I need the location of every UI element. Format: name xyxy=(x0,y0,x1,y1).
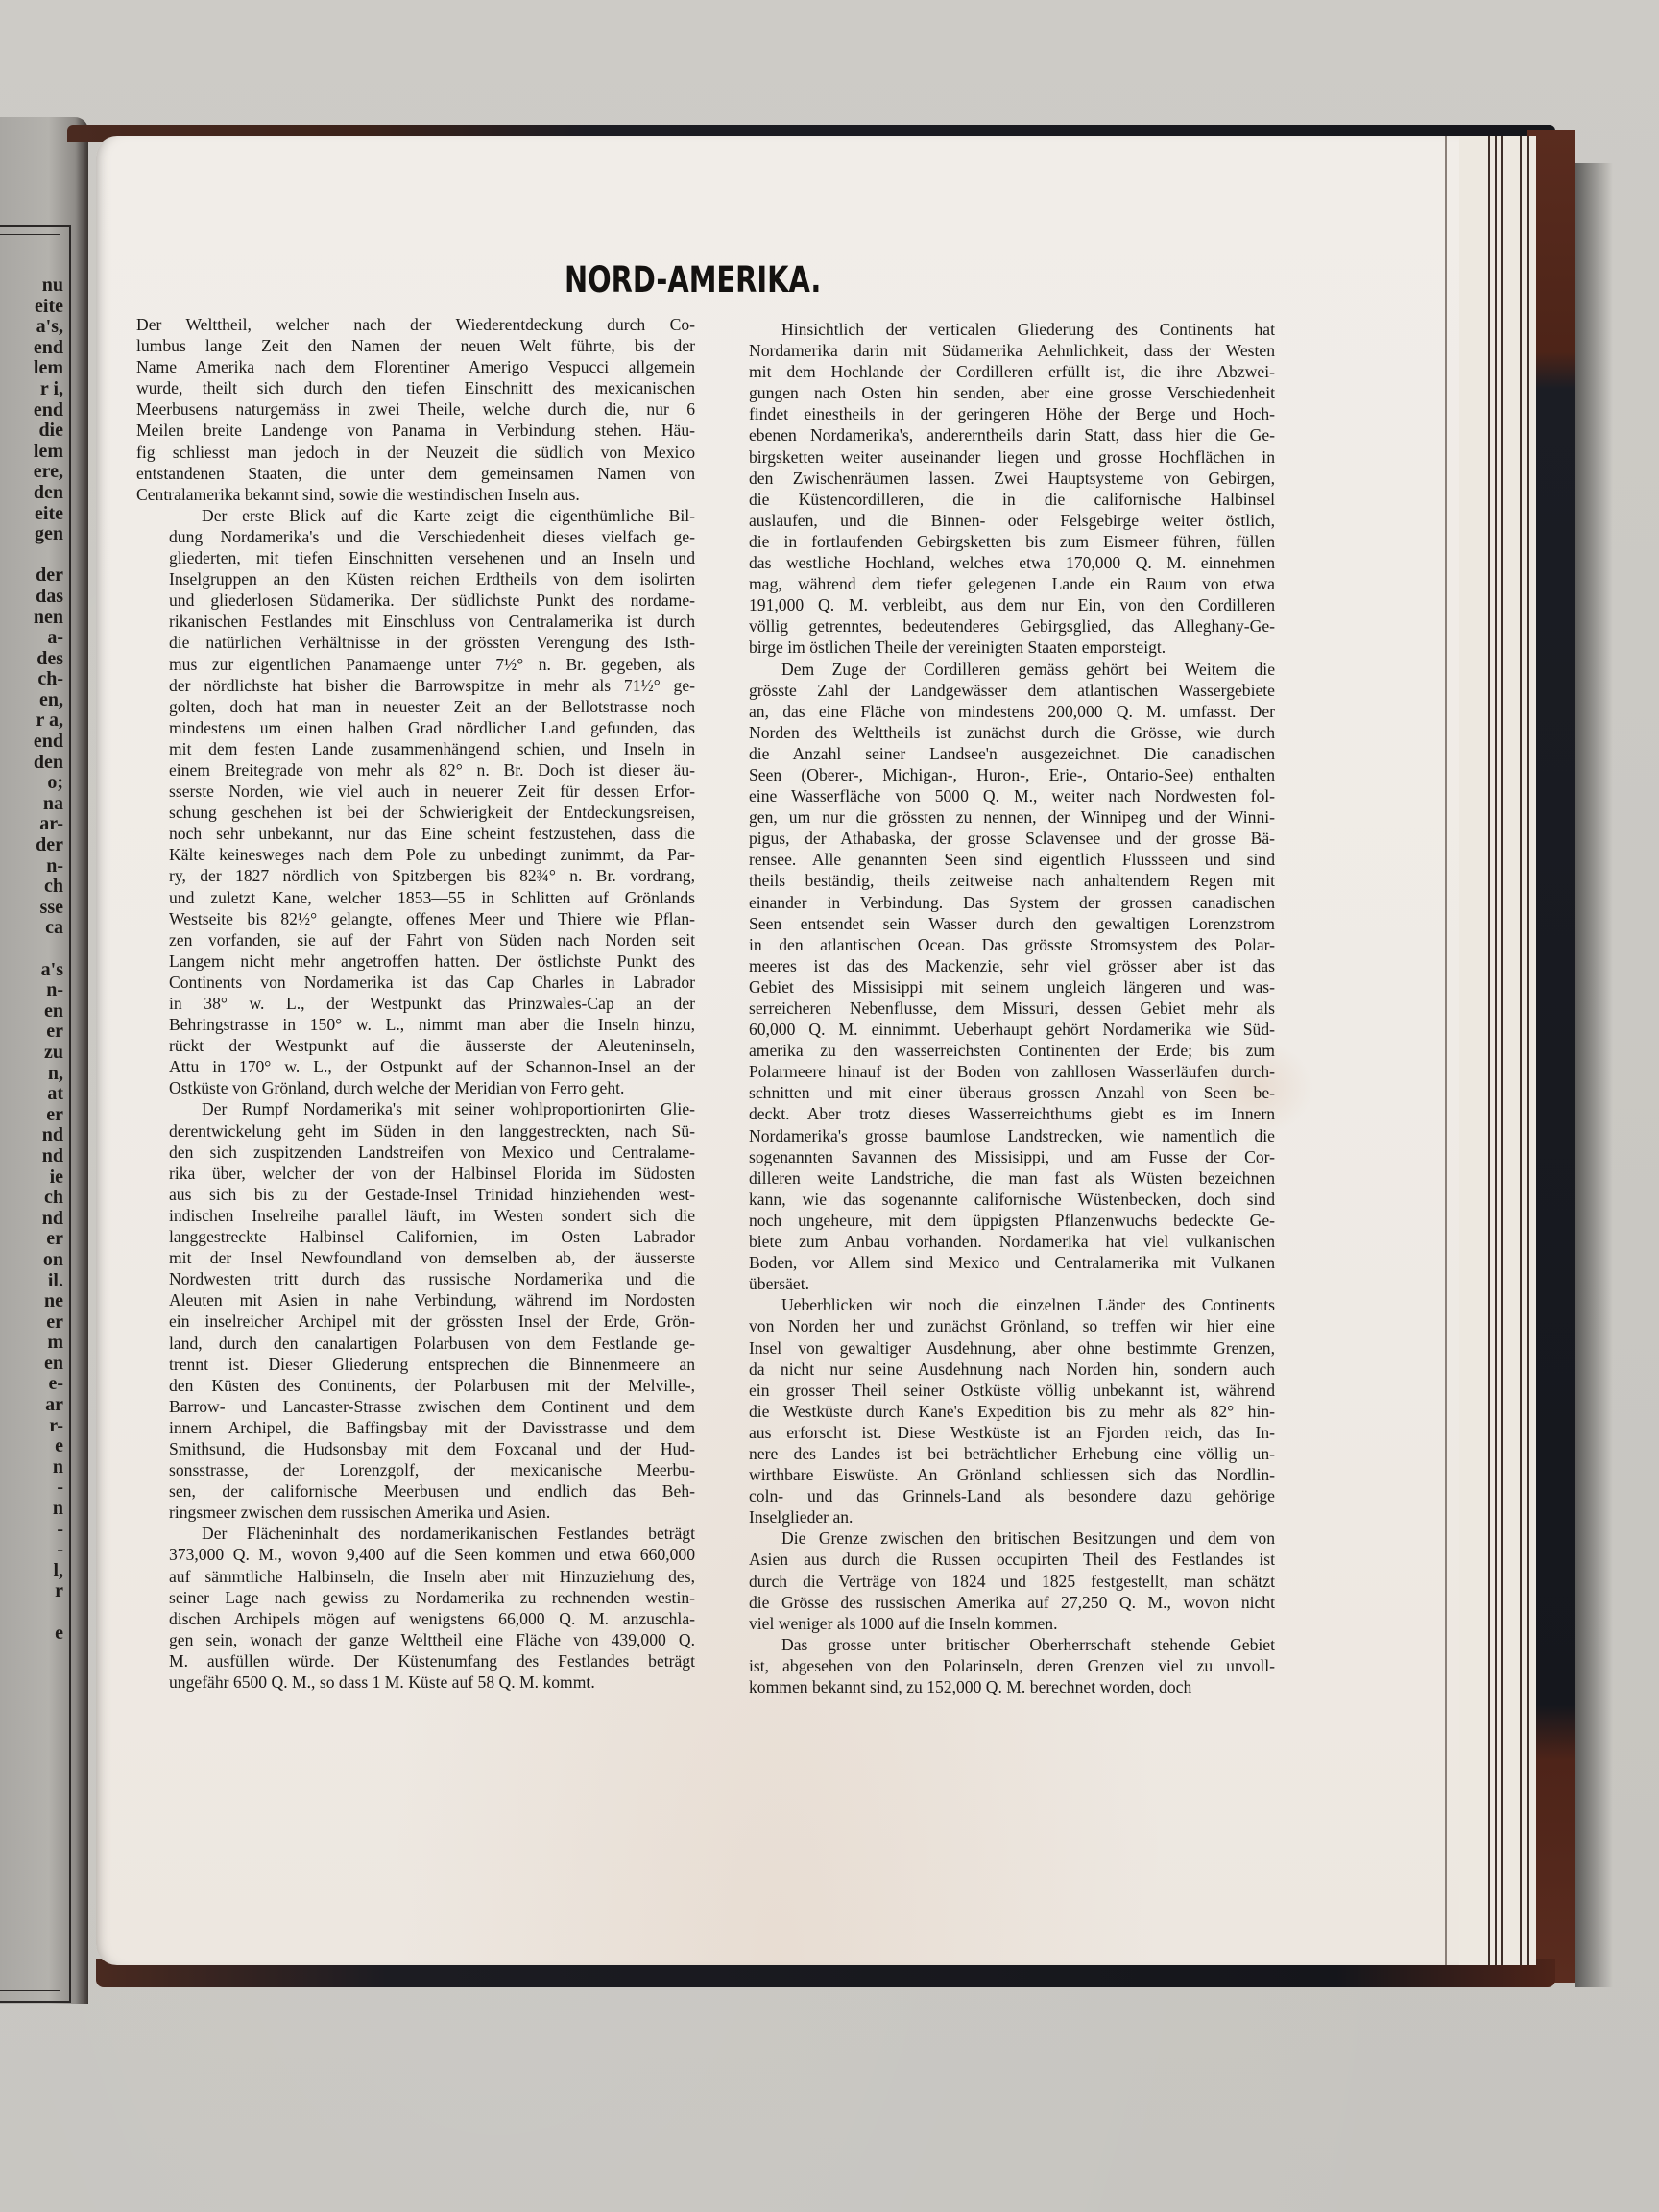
text-line: Barrow- und Lancaster-Strasse zwischen d… xyxy=(136,1396,695,1417)
text-line: Hinsichtlich der verticalen Gliederung d… xyxy=(716,319,1275,340)
text-line: Meerbusens naturgemäss in zwei Theile, w… xyxy=(136,398,695,420)
text-line: lumbus lange Zeit den Namen der neuen We… xyxy=(136,335,695,356)
text-line: ringsmeer zwischen dem russischen Amerik… xyxy=(136,1502,695,1523)
text-line: mit dem festen Lande zusammenhängend sch… xyxy=(136,738,695,759)
text-line: biete zum Anbau vorhanden. Nordamerika h… xyxy=(716,1231,1275,1252)
text-line: gen, um nur die grössten zu nennen, der … xyxy=(716,806,1275,828)
text-line: Norden des Welttheils ist zunächst durch… xyxy=(716,722,1275,743)
text-line: nere des Landes ist bei beträchtlicher E… xyxy=(716,1443,1275,1464)
text-line: wirthbare Eiswüste. An Grönland schliess… xyxy=(716,1464,1275,1485)
text-line: in den atlantischen Ocean. Das grösste S… xyxy=(716,934,1275,955)
text-line: eine Wasserfläche von 5000 Q. M., weiter… xyxy=(716,785,1275,806)
text-line: ebenen Nordamerika's, andererntheils dar… xyxy=(716,424,1275,445)
paragraph: Die Grenze zwischen den britischen Besit… xyxy=(716,1527,1275,1633)
paragraph: Der Welttheil, welcher nach der Wiederen… xyxy=(136,314,695,505)
text-line: Inselgruppen an den Küsten reichen Erdth… xyxy=(136,568,695,589)
text-line: und gliederlosen Südamerika. Der südlich… xyxy=(136,589,695,611)
text-line: die Anzahl seiner Landsee'n ausgezeichne… xyxy=(716,743,1275,764)
text-line: Asien aus durch die Russen occupirten Th… xyxy=(716,1549,1275,1570)
text-line: durch die Verträge von 1824 und 1825 fes… xyxy=(716,1571,1275,1592)
paragraph: Ueberblicken wir noch die einzelnen Länd… xyxy=(716,1294,1275,1527)
text-line: Der Welttheil, welcher nach der Wiederen… xyxy=(136,314,695,335)
paragraph: Das grosse unter britischer Oberherrscha… xyxy=(716,1634,1275,1697)
text-line: findet einestheils in der geringeren Höh… xyxy=(716,403,1275,424)
text-line: den Zwischenräumen lassen. Zwei Hauptsys… xyxy=(716,468,1275,489)
text-line: zen vorfanden, sie auf der Fahrt von Süd… xyxy=(136,929,695,950)
text-line: Behringstrasse in 150° w. L., nimmt man … xyxy=(136,1014,695,1035)
text-line: birge im östlichen Theile der vereinigte… xyxy=(716,637,1275,658)
text-line: indischen Inselreihe parallel läuft, im … xyxy=(136,1205,695,1226)
text-line: ist, abgesehen von den Polarinseln, dere… xyxy=(716,1655,1275,1676)
previous-page-text-fragments: nu eite a's, end lem r i, end die lem er… xyxy=(6,276,63,1644)
text-line: land, durch den canalartigen Polarbusen … xyxy=(136,1333,695,1354)
text-line: golten, doch hat man in neuester Zeit an… xyxy=(136,696,695,717)
text-line: derentwickelung geht im Süden in den lan… xyxy=(136,1120,695,1142)
text-line: pigus, der Athabaska, der grosse Sclaven… xyxy=(716,828,1275,849)
text-line: übersäet. xyxy=(716,1273,1275,1294)
text-line: gliederten, mit tiefen Einschnitten vers… xyxy=(136,547,695,568)
text-line: die natürlichen Verhältnisse in der grös… xyxy=(136,632,695,653)
text-line: Centralamerika bekannt sind, sowie die w… xyxy=(136,484,695,505)
text-line: ein grosser Theil seiner Ostküste völlig… xyxy=(716,1380,1275,1401)
paragraph: Dem Zuge der Cordilleren gemäss gehört b… xyxy=(716,659,1275,1295)
text-line: meeres ist das des Mackenzie, sehr viel … xyxy=(716,955,1275,976)
text-line: birgsketten weiter auseinander liegen un… xyxy=(716,446,1275,468)
text-line: Gebiet des Missisippi mit seinem ungleic… xyxy=(716,976,1275,998)
text-line: sogenannten Savannen des Missisippi, und… xyxy=(716,1146,1275,1167)
text-line: Attu in 170° w. L., der Ostpunkt auf der… xyxy=(136,1056,695,1077)
text-line: gen sein, wonach der ganze Welttheil ein… xyxy=(136,1629,695,1650)
text-line: langgestreckte Halbinsel Californien, im… xyxy=(136,1226,695,1247)
text-line: Dem Zuge der Cordilleren gemäss gehört b… xyxy=(716,659,1275,680)
text-line: einem Breitegrade von mehr als 82° n. Br… xyxy=(136,759,695,781)
text-line: Aleuten mit Asien in nahe Verbindung, wä… xyxy=(136,1289,695,1310)
text-line: viel weniger als 1000 auf die Inseln kom… xyxy=(716,1613,1275,1634)
text-line: mit dem Hochlande der Cordilleren erfüll… xyxy=(716,361,1275,382)
right-text-column: Hinsichtlich der verticalen Gliederung d… xyxy=(716,319,1275,1697)
text-line: Nordamerika's grosse baumlose Landstreck… xyxy=(716,1125,1275,1146)
text-line: an, das eine Fläche von mindestens 200,0… xyxy=(716,701,1275,722)
paragraph: Hinsichtlich der verticalen Gliederung d… xyxy=(716,319,1275,659)
text-line: grösste Zahl der Landgewässer dem atlant… xyxy=(716,680,1275,701)
text-line: Langem nicht mehr angetroffen hatten. De… xyxy=(136,950,695,972)
text-line: sserste Norden, wie viel auch in neuerer… xyxy=(136,781,695,802)
text-line: ungefähr 6500 Q. M., so dass 1 M. Küste … xyxy=(136,1671,695,1693)
text-line: Ostküste von Grönland, durch welche der … xyxy=(136,1077,695,1098)
text-line: auf sämmtliche Halbinseln, die Inseln ab… xyxy=(136,1566,695,1587)
text-line: mindestens um einen halben Grad nördlich… xyxy=(136,717,695,738)
text-line: da nicht nur seine Ausdehnung nach Norde… xyxy=(716,1358,1275,1380)
text-line: aus erforscht ist. Diese Westküste ist a… xyxy=(716,1422,1275,1443)
text-line: mit der Insel Newfoundland von demselben… xyxy=(136,1247,695,1268)
text-line: coln- und das Grinnels-Land als besonder… xyxy=(716,1485,1275,1506)
text-line: rückt der Westpunkt auf die äusserste de… xyxy=(136,1035,695,1056)
text-line: noch sehr unbekannt, nur das Eine schein… xyxy=(136,823,695,844)
text-line: trennt ist. Dieser Gliederung entspreche… xyxy=(136,1354,695,1375)
text-line: das westliche Hochland, welches etwa 170… xyxy=(716,552,1275,573)
text-line: von Norden her und zunächst Grönland, so… xyxy=(716,1315,1275,1336)
text-line: Polarmeere hinauf ist der Boden von zahl… xyxy=(716,1061,1275,1082)
text-line: fig schliesst man jedoch in der Neuzeit … xyxy=(136,442,695,463)
text-line: deckt. Aber trotz dieses Wasserreichthum… xyxy=(716,1103,1275,1124)
text-line: ry, der 1827 nördlich von Spitzbergen bi… xyxy=(136,865,695,886)
text-line: und zuletzt Kane, welcher 1853—55 in Sch… xyxy=(136,887,695,908)
text-line: gungen nach Osten hin senden, aber eine … xyxy=(716,382,1275,403)
text-line: noch ungeheure, mit dem üppigsten Pflanz… xyxy=(716,1210,1275,1231)
text-line: Ueberblicken wir noch die einzelnen Länd… xyxy=(716,1294,1275,1315)
text-line: völlig getrenntes, bedeutenderes Gebirgs… xyxy=(716,615,1275,637)
text-line: M. ausfüllen würde. Der Küstenumfang des… xyxy=(136,1650,695,1671)
text-line: schnitten und mit einer überaus grossen … xyxy=(716,1082,1275,1103)
text-line: auslaufen, und die Binnen- oder Felsgebi… xyxy=(716,510,1275,531)
text-line: serreicheren Nebenflusse, dem Missuri, d… xyxy=(716,998,1275,1019)
text-line: seiner Lage nach gewiss zu Nordamerika z… xyxy=(136,1587,695,1608)
text-line: mag, während dem tiefer gelegenen Lande … xyxy=(716,573,1275,594)
text-line: Smithsund, die Hudsonsbay mit dem Foxcan… xyxy=(136,1438,695,1459)
text-line: die Westküste durch Kane's Expedition bi… xyxy=(716,1401,1275,1422)
text-line: dischen Archipels mögen auf wenigstens 6… xyxy=(136,1608,695,1629)
text-line: Meilen breite Landenge von Panama in Ver… xyxy=(136,420,695,441)
text-line: rikanischen Festlandes mit Einschluss vo… xyxy=(136,611,695,632)
text-line: Seen entsendet sein Wasser durch den gew… xyxy=(716,913,1275,934)
left-text-column: Der Welttheil, welcher nach der Wiederen… xyxy=(136,314,695,1693)
text-line: rensee. Alle genannten Seen sind eigentl… xyxy=(716,849,1275,870)
text-line: die in fortlaufenden Gebirgsketten bis z… xyxy=(716,531,1275,552)
text-line: die Grösse des russischen Amerika auf 27… xyxy=(716,1592,1275,1613)
text-line: den sich zuspitzenden Landstreifen von M… xyxy=(136,1142,695,1163)
text-line: aus sich bis zu der Gestade-Insel Trinid… xyxy=(136,1184,695,1205)
text-line: den Küsten des Continents, der Polarbuse… xyxy=(136,1375,695,1396)
text-line: rika über, welcher der von der Halbinsel… xyxy=(136,1163,695,1184)
text-line: 60,000 Q. M. einnimmt. Ueberhaupt gehört… xyxy=(716,1019,1275,1040)
text-line: Insel von gewaltiger Ausdehnung, aber oh… xyxy=(716,1337,1275,1358)
book-shadow xyxy=(1575,163,1613,1987)
paragraph: Der erste Blick auf die Karte zeigt die … xyxy=(136,505,695,1099)
text-line: 373,000 Q. M., wovon 9,400 auf die Seen … xyxy=(136,1544,695,1565)
text-line: Nordamerika darin mit Südamerika Aehnlic… xyxy=(716,340,1275,361)
text-line: dung Nordamerika's und die Verschiedenhe… xyxy=(136,526,695,547)
text-line: kann, wie das sogenannte californische W… xyxy=(716,1189,1275,1210)
book-page: NORD-AMERIKA. Der Welttheil, welcher nac… xyxy=(96,136,1459,1965)
text-line: kommen bekannt sind, zu 152,000 Q. M. be… xyxy=(716,1676,1275,1697)
page-title: NORD-AMERIKA. xyxy=(565,259,821,301)
text-line: sonsstrasse, der Lorenzgolf, der mexican… xyxy=(136,1459,695,1480)
paragraph: Der Flächeninhalt des nordamerikanischen… xyxy=(136,1523,695,1693)
text-line: Der Rumpf Nordamerika's mit seiner wohlp… xyxy=(136,1098,695,1119)
text-line: Das grosse unter britischer Oberherrscha… xyxy=(716,1634,1275,1655)
text-line: Nordwesten tritt durch das russische Nor… xyxy=(136,1268,695,1289)
text-line: mus zur eigentlichen Panamaenge unter 7½… xyxy=(136,654,695,675)
previous-page-fragment: nu eite a's, end lem r i, end die lem er… xyxy=(0,117,88,2004)
text-line: Inselglieder an. xyxy=(716,1506,1275,1527)
text-line: entstandenen Staaten, die unter dem geme… xyxy=(136,463,695,484)
text-line: Der Flächeninhalt des nordamerikanischen… xyxy=(136,1523,695,1544)
text-line: Kälte keinesweges nach dem Pole zu unbed… xyxy=(136,844,695,865)
text-line: ein inselreicher Archipel mit der grösst… xyxy=(136,1310,695,1332)
text-line: innern Archipel, die Baffingsbay mit der… xyxy=(136,1417,695,1438)
text-line: der nördlichste hat bisher die Barrowspi… xyxy=(136,675,695,696)
text-line: amerika zu den wasserreichsten Continent… xyxy=(716,1040,1275,1061)
text-line: schung geschehen ist bei der Schwierigke… xyxy=(136,802,695,823)
text-line: Boden, vor Allem sind Mexico und Central… xyxy=(716,1252,1275,1273)
text-line: sen, der californische Meerbusen und end… xyxy=(136,1480,695,1502)
page-fold-line xyxy=(1445,136,1447,1965)
text-line: Name Amerika nach dem Florentiner Amerig… xyxy=(136,356,695,377)
text-line: theils beständig, theils zeitweise nach … xyxy=(716,870,1275,891)
text-line: Seen (Oberer-, Michigan-, Huron-, Erie-,… xyxy=(716,764,1275,785)
text-line: die Küstencordilleren, die in die califo… xyxy=(716,489,1275,510)
text-line: wurde, theilt sich durch den tiefen Eins… xyxy=(136,377,695,398)
text-line: dilleren weite Landstriche, die man fast… xyxy=(716,1167,1275,1189)
text-line: 191,000 Q. M. verbleibt, aus dem nur Ein… xyxy=(716,594,1275,615)
text-line: Westseite bis 82½° gelangte, offenes Mee… xyxy=(136,908,695,929)
text-line: Der erste Blick auf die Karte zeigt die … xyxy=(136,505,695,526)
paragraph: Der Rumpf Nordamerika's mit seiner wohlp… xyxy=(136,1098,695,1523)
text-line: in 38° w. L., der Westpunkt das Prinzwal… xyxy=(136,993,695,1014)
text-line: einander in Verbindung. Das System der g… xyxy=(716,892,1275,913)
text-line: Die Grenze zwischen den britischen Besit… xyxy=(716,1527,1275,1549)
text-line: Continents von Nordamerika ist das Cap C… xyxy=(136,972,695,993)
